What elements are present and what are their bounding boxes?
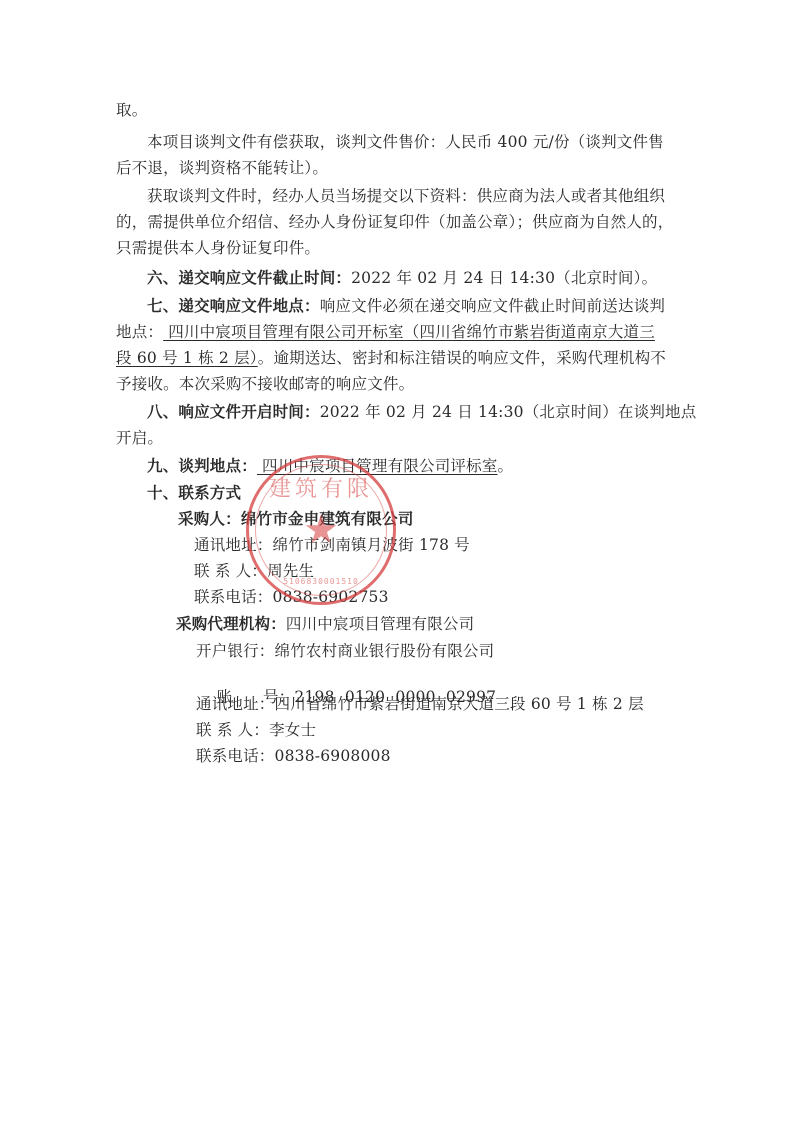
address-label: 通讯地址： — [196, 695, 275, 713]
section-6-text: 2022 年 02 月 24 日 14:30（北京时间）。 — [351, 269, 657, 287]
location-prefix: 地点： — [116, 323, 163, 341]
contact-label: 联 系 人： — [196, 721, 269, 739]
purchaser-label: 采购人： — [178, 510, 241, 528]
purchaser-contact-row: 联 系 人：周先生 — [194, 561, 314, 581]
section-7-label: 七、递交响应文件地点： — [147, 297, 320, 315]
company-seal: 建筑有限 ★ 5106830001510 — [246, 455, 396, 605]
purchaser-phone-row: 联系电话：0838-6902753 — [194, 587, 389, 607]
section-9-label: 九、谈判地点： — [147, 457, 257, 475]
paragraph-line: 只需提供本人身份证复印件。 — [116, 238, 320, 258]
paragraph-line: 的，需提供单位介绍信、经办人身份证复印件（加盖公章）；供应商为自然人的， — [116, 212, 673, 232]
section-8: 八、响应文件开启时间：2022 年 02 月 24 日 14:30（北京时间）在… — [147, 402, 696, 422]
phone-label: 联系电话： — [194, 588, 273, 606]
paragraph-line: 取。 — [116, 100, 147, 120]
negotiation-room: 四川中宸项目管理有限公司评标室 — [257, 457, 498, 475]
section-10-label: 十、联系方式 — [147, 483, 241, 503]
section-9: 九、谈判地点： 四川中宸项目管理有限公司评标室。 — [147, 456, 513, 476]
bid-opening-room: 四川中宸项目管理有限公司开标室（四川省绵竹市紫岩街道南京大道三 — [163, 323, 655, 341]
section-7: 七、递交响应文件地点：响应文件必须在递交响应文件截止时间前送达谈判 — [147, 296, 665, 316]
bank-label: 开户银行： — [196, 642, 275, 660]
phone-value: 0838-6902753 — [273, 588, 389, 606]
agency-name: 四川中宸项目管理有限公司 — [286, 615, 474, 633]
paragraph-line: 段 60 号 1 栋 2 层）。逾期送达、密封和标注错误的响应文件，采购代理机构… — [116, 348, 666, 368]
agency-phone-row: 联系电话：0838-6908008 — [196, 746, 391, 766]
agency-bank-row: 开户银行：绵竹农村商业银行股份有限公司 — [196, 641, 494, 661]
phone-label: 联系电话： — [196, 747, 275, 765]
late-submission-text: 。逾期送达、密封和标注错误的响应文件，采购代理机构不 — [258, 349, 666, 367]
paragraph-line: 本项目谈判文件有偿获取，谈判文件售价：人民币 400 元/份（谈判文件售 — [147, 132, 664, 152]
agency-row: 采购代理机构：四川中宸项目管理有限公司 — [176, 614, 474, 634]
paragraph-line: 获取谈判文件时，经办人员当场提交以下资料：供应商为法人或者其他组织 — [147, 186, 665, 206]
agency-label: 采购代理机构： — [176, 615, 286, 633]
paragraph-line: 地点： 四川中宸项目管理有限公司开标室（四川省绵竹市紫岩街道南京大道三 — [116, 322, 655, 342]
seal-text: 建筑有限 — [249, 472, 393, 503]
bank-value: 绵竹农村商业银行股份有限公司 — [275, 642, 495, 660]
section-7-text: 响应文件必须在递交响应文件截止时间前送达谈判 — [320, 297, 665, 315]
agency-address-row: 通讯地址：四川省绵竹市紫岩街道南京大道三段 60 号 1 栋 2 层 — [196, 694, 644, 714]
paragraph-line: 予接收。本次采购不接收邮寄的响应文件。 — [116, 374, 414, 394]
purchaser-row: 采购人：绵竹市金申建筑有限公司 — [178, 509, 414, 529]
purchaser-name: 绵竹市金申建筑有限公司 — [241, 510, 414, 528]
section-6-label: 六、递交响应文件截止时间： — [147, 269, 351, 287]
paragraph-line: 后不退，谈判资格不能转让）。 — [116, 158, 328, 178]
contact-value: 周先生 — [267, 562, 314, 580]
agency-contact-row: 联 系 人：李女士 — [196, 720, 316, 740]
section-8-text: 2022 年 02 月 24 日 14:30（北京时间）在谈判地点 — [320, 403, 697, 421]
phone-value: 0838-6908008 — [275, 747, 391, 765]
address-label: 通讯地址： — [194, 536, 273, 554]
address-value: 绵竹市剑南镇月波街 178 号 — [273, 536, 470, 554]
period: 。 — [498, 457, 514, 475]
address-value: 四川省绵竹市紫岩街道南京大道三段 60 号 1 栋 2 层 — [275, 695, 644, 713]
bid-opening-room-cont: 段 60 号 1 栋 2 层） — [116, 349, 258, 367]
contact-value: 李女士 — [269, 721, 316, 739]
paragraph-line: 开启。 — [116, 428, 163, 448]
purchaser-address-row: 通讯地址：绵竹市剑南镇月波街 178 号 — [194, 535, 470, 555]
contact-label: 联 系 人： — [194, 562, 267, 580]
section-6: 六、递交响应文件截止时间：2022 年 02 月 24 日 14:30（北京时间… — [147, 268, 657, 288]
section-8-label: 八、响应文件开启时间： — [147, 403, 320, 421]
